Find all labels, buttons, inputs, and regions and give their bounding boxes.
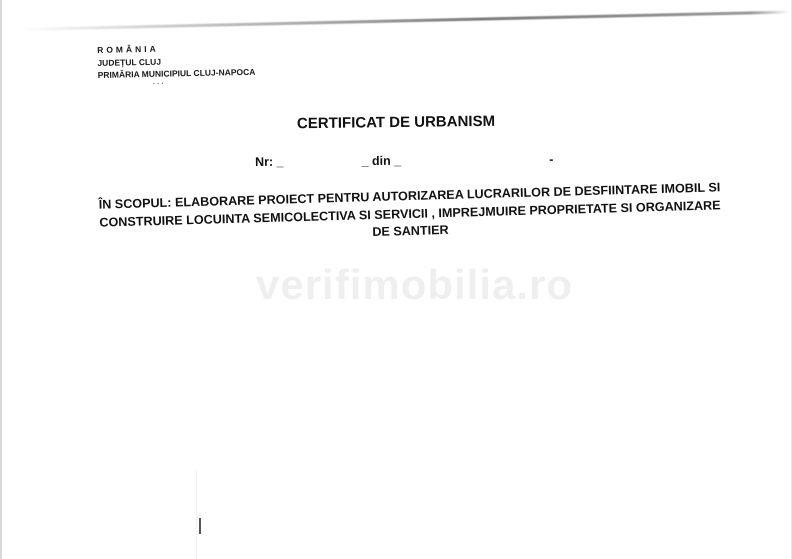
scan-edge-left [0,0,2,559]
trailing-mark: - [549,152,553,166]
scanned-document-page: ROMÂNIA JUDEȚUL CLUJ PRIMĂRIA MUNICIPIUL… [0,0,792,559]
watermark: verifimobilia.ro [248,255,548,315]
scan-artifact-mark [199,518,201,534]
watermark-text: verifimobilia.ro [256,261,573,309]
date-label: din [372,154,391,168]
scan-artifact-vertical [196,470,197,559]
number-suffix: _ [361,154,368,168]
document-title: CERTIFICAT DE URBANISM [0,109,792,136]
certificate-scope: ÎN SCOPUL: ELABORARE PROIECT PENTRU AUTO… [59,178,760,250]
scan-artifact-line [20,11,790,31]
date-prefix: _ [394,154,401,168]
certificate-number-line: Nr: __ din _- [255,152,553,169]
issuer-header: ROMÂNIA JUDEȚUL CLUJ PRIMĂRIA MUNICIPIUL… [97,41,256,90]
number-value: _ [277,155,284,169]
number-label: Nr: [255,155,273,169]
